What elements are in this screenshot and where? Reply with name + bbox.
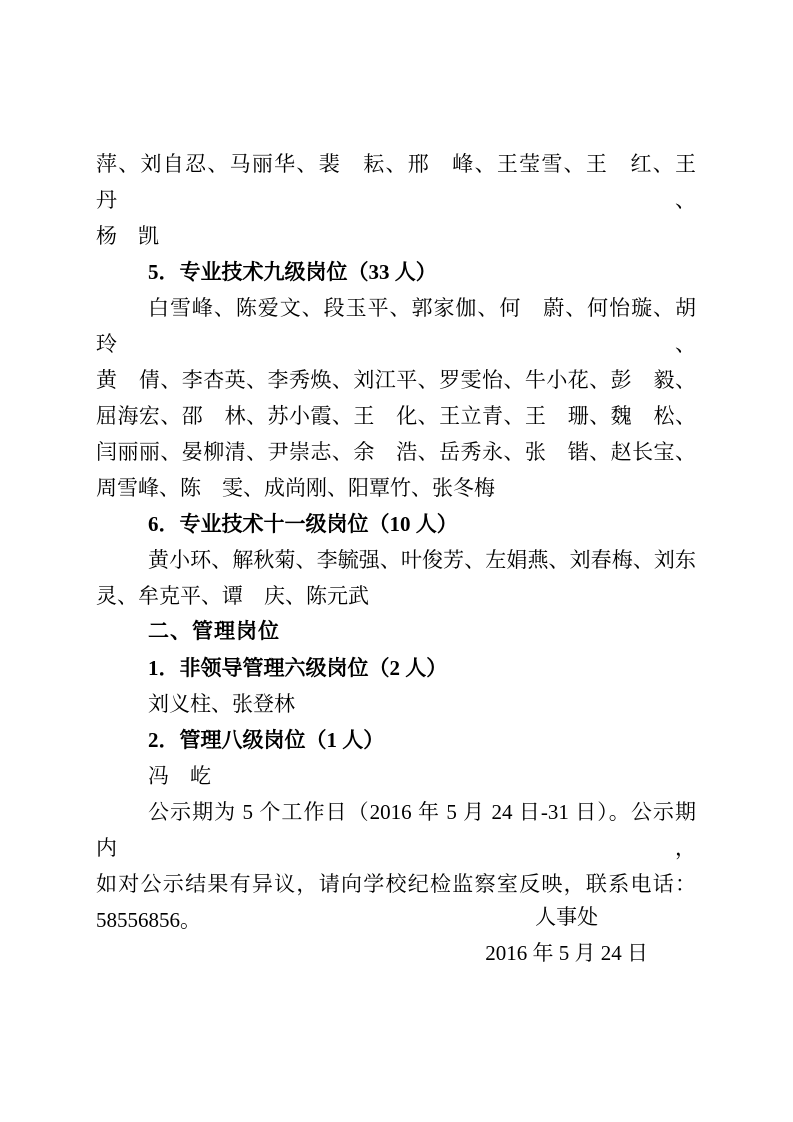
signature-department: 人事处	[485, 899, 648, 935]
names-line: 黄小环、解秋菊、李毓强、叶俊芳、左娟燕、刘春梅、刘东	[96, 542, 696, 578]
names-line: 刘义柱、张登林	[96, 686, 696, 722]
names-line: 冯 屹	[96, 758, 696, 794]
names-line: 灵、牟克平、谭 庆、陈元武	[96, 578, 696, 614]
paragraph-line: 如对公示结果有异议，请向学校纪检监察室反映，联系电话：	[96, 866, 696, 902]
names-line: 白雪峰、陈爱文、段玉平、郭家伽、何 蔚、何怡璇、胡 玲、	[96, 290, 696, 362]
document-page: 萍、刘自忍、马丽华、裴 耘、邢 峰、王莹雪、王 红、王 丹、 杨 凯 5．专业技…	[0, 0, 793, 1122]
signature-date: 2016 年 5 月 24 日	[485, 935, 648, 971]
names-line: 萍、刘自忍、马丽华、裴 耘、邢 峰、王莹雪、王 红、王 丹、	[96, 146, 696, 218]
document-body: 萍、刘自忍、马丽华、裴 耘、邢 峰、王莹雪、王 红、王 丹、 杨 凯 5．专业技…	[96, 146, 696, 938]
paragraph-line: 公示期为 5 个工作日（2016 年 5 月 24 日-31 日）。公示期内，	[96, 794, 696, 866]
section-heading-tech-level-9: 5．专业技术九级岗位（33 人）	[96, 254, 696, 290]
names-line: 周雪峰、陈 雯、成尚刚、阳覃竹、张冬梅	[96, 470, 696, 506]
section-heading-mgmt-level-8: 2．管理八级岗位（1 人）	[96, 722, 696, 758]
names-line: 屈海宏、邵 林、苏小霞、王 化、王立青、王 珊、魏 松、	[96, 398, 696, 434]
section-heading-mgmt-level-6: 1．非领导管理六级岗位（2 人）	[96, 650, 696, 686]
names-line: 杨 凯	[96, 218, 696, 254]
names-line: 闫丽丽、晏柳清、尹崇志、余 浩、岳秀永、张 锴、赵长宝、	[96, 434, 696, 470]
names-line: 黄 倩、李杏英、李秀焕、刘江平、罗雯怡、牛小花、彭 毅、	[96, 362, 696, 398]
signature-block: 人事处 2016 年 5 月 24 日	[485, 899, 648, 971]
section-heading-tech-level-11: 6．专业技术十一级岗位（10 人）	[96, 506, 696, 542]
section-heading-management: 二、管理岗位	[96, 614, 696, 650]
